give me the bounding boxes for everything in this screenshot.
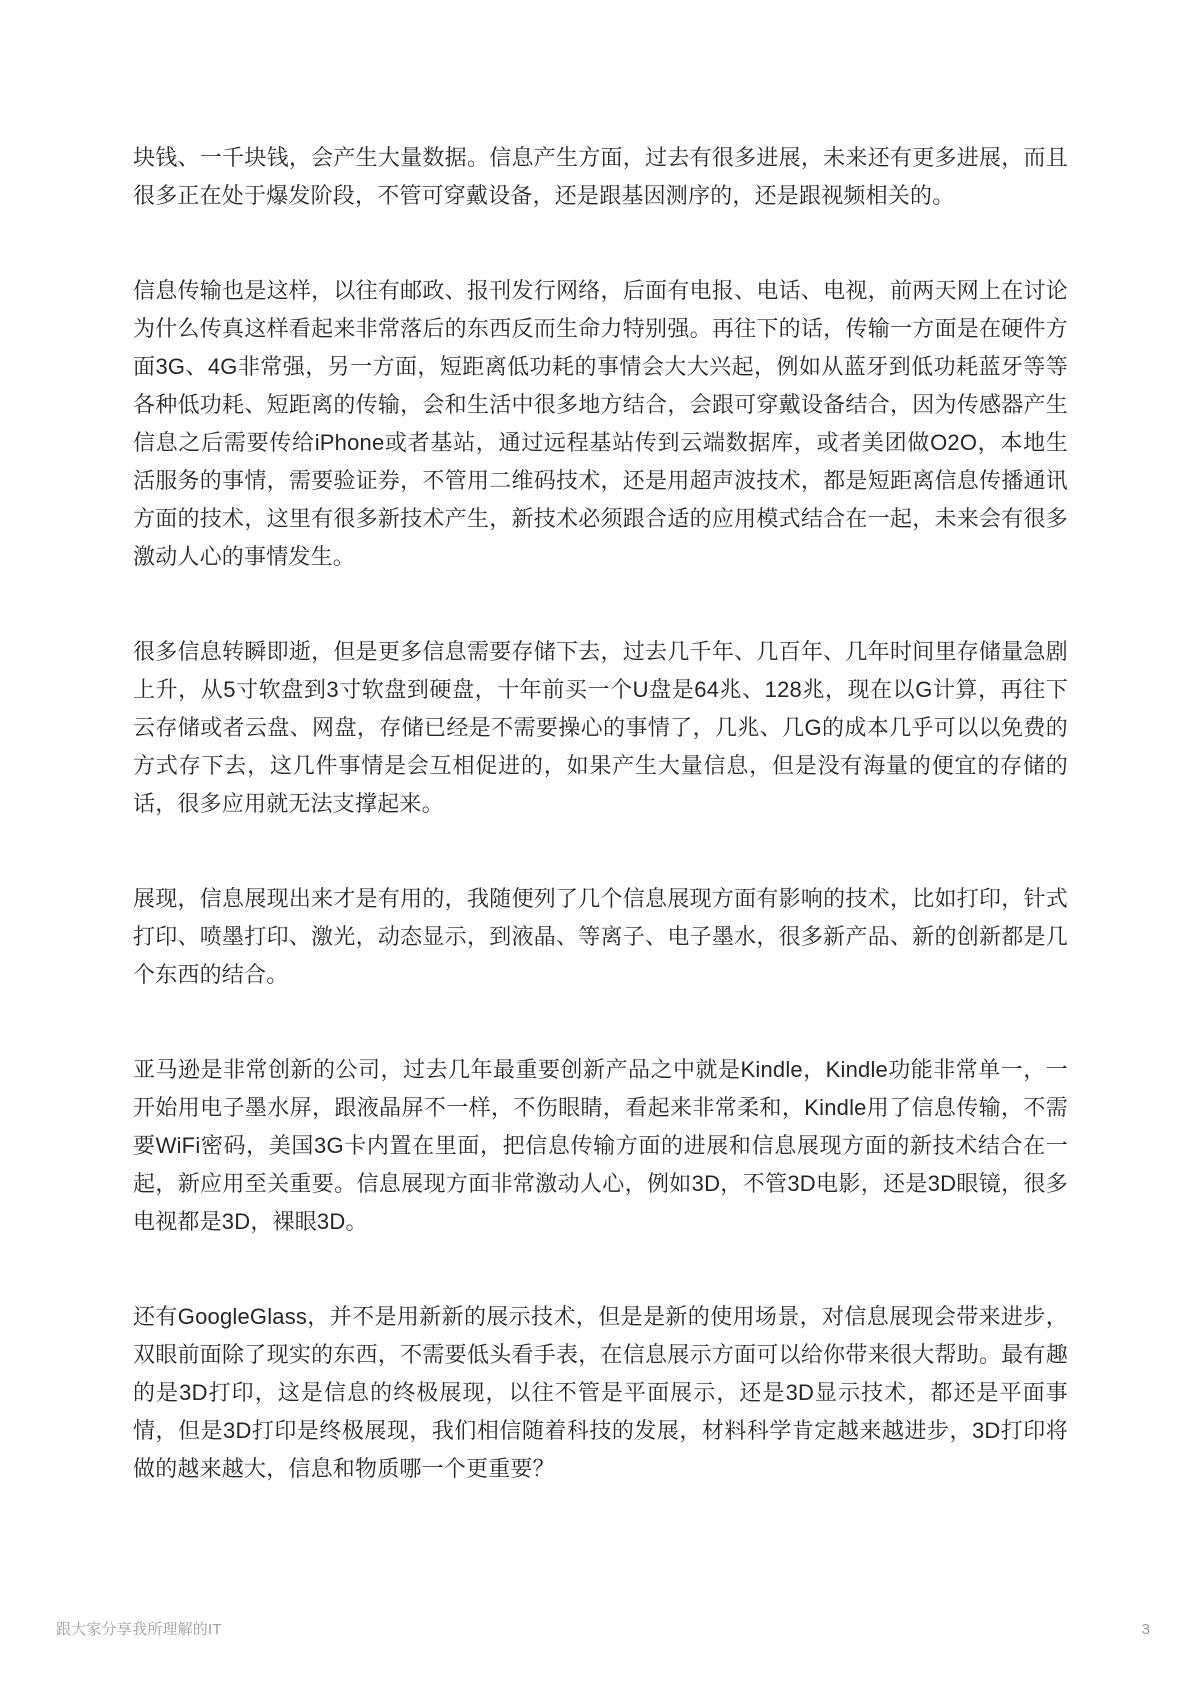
paragraph-4: 展现，信息展现出来才是有用的，我随便列了几个信息展现方面有影响的技术，比如打印，… xyxy=(133,880,1068,994)
paragraph-2: 信息传输也是这样，以往有邮政、报刊发行网络，后面有电报、电话、电视，前两天网上在… xyxy=(133,272,1068,576)
page-footer: 跟大家分享我所理解的IT 3 xyxy=(56,1620,1150,1640)
paragraph-1: 块钱、一千块钱，会产生大量数据。信息产生方面，过去有很多进展，未来还有更多进展，… xyxy=(133,139,1068,215)
paragraph-6: 还有GoogleGlass，并不是用新新的展示技术，但是是新的使用场景，对信息展… xyxy=(133,1298,1068,1488)
footer-page-number: 3 xyxy=(1142,1620,1150,1640)
footer-document-title: 跟大家分享我所理解的IT xyxy=(56,1620,222,1640)
paragraph-5: 亚马逊是非常创新的公司，过去几年最重要创新产品之中就是Kindle，Kindle… xyxy=(133,1051,1068,1241)
document-page: 块钱、一千块钱，会产生大量数据。信息产生方面，过去有很多进展，未来还有更多进展，… xyxy=(0,0,1200,1698)
document-body: 块钱、一千块钱，会产生大量数据。信息产生方面，过去有很多进展，未来还有更多进展，… xyxy=(133,139,1068,1488)
paragraph-3: 很多信息转瞬即逝，但是更多信息需要存储下去，过去几千年、几百年、几年时间里存储量… xyxy=(133,633,1068,823)
